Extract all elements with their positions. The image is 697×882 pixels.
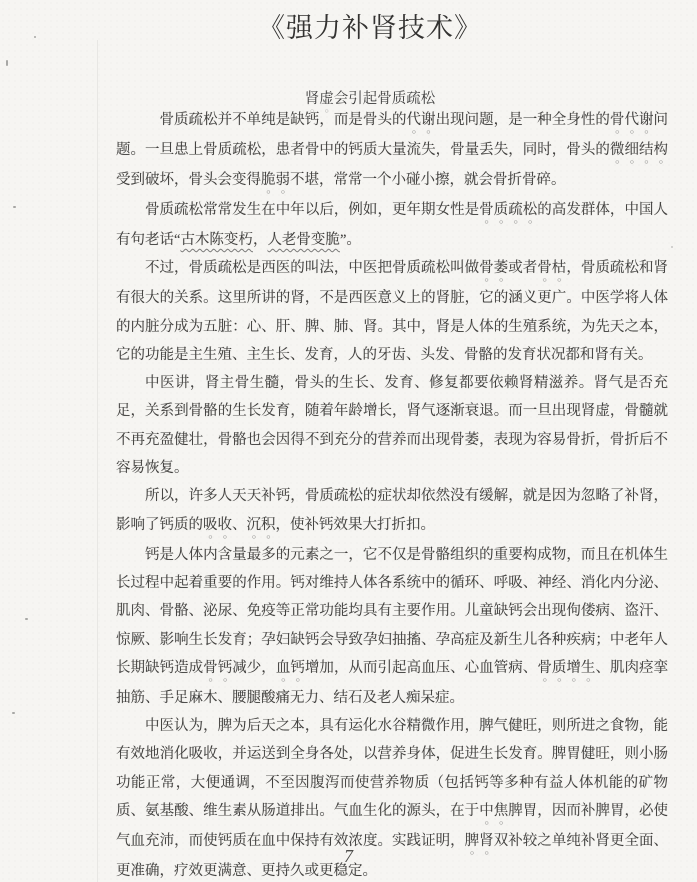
text-run: 、 [232, 517, 247, 533]
annotated-text-circle: 吸收 [203, 517, 232, 533]
paragraph: 骨质疏松常常发生在中年以后，例如，更年期女性是骨质疏松的高发群体，中国人有句老话… [116, 196, 668, 254]
text-run: 不过，骨质疏松是西医的叫法，中医把骨质疏松叫做 [145, 260, 479, 276]
scan-speck [34, 36, 36, 38]
text-run: 中医讲，肾主骨生髓，骨头的生长、发育、修复都要依赖肾精滋养。肾气是否充足，关系到… [116, 375, 668, 476]
scan-speck [671, 246, 673, 248]
annotated-text-circle: 骨枯 [537, 260, 566, 276]
body-text: 骨质疏松并不单纯是缺钙，而是骨头的代谢出现问题，是一种全身性的骨代谢问题。一旦患… [116, 106, 668, 882]
paragraph: 中医讲，肾主骨生髓，骨头的生长、发育、修复都要依赖肾精滋养。肾气是否充足，关系到… [116, 369, 668, 482]
page-number: 7 [0, 846, 697, 867]
text-run: 增加，从而引起高血压、心血管病、 [305, 660, 537, 676]
paragraph: 所以，许多人天天补钙，骨质疏松的症状却依然没有缓解，就是因为忽略了补肾，影响了钙… [116, 482, 668, 540]
annotated-text-circle: 骨代谢 [610, 112, 654, 128]
text-run: 不堪，常常一个小碰小擦，就会骨折骨碎。 [290, 172, 566, 188]
text-run: 出现问题，是一种全身性的 [436, 112, 610, 128]
text-run: ，使补钙效果大打折扣。 [276, 517, 436, 533]
annotated-text-circle: 骨钙 [203, 660, 232, 676]
document-title: 《强力补肾技术》 [60, 6, 680, 45]
annotated-text-circle: 肾虚 [305, 91, 334, 107]
text-run: ”。 [340, 232, 361, 248]
document-header: 《强力补肾技术》 肾虚会引起骨质疏松 [60, 0, 680, 115]
paragraph: 钙是人体内含量最多的元素之一，它不仅是骨骼组织的重要构成物，而且在机体生长过程中… [116, 541, 668, 712]
scan-speck [13, 206, 16, 208]
text-run: 减少， [232, 660, 276, 676]
scanned-document-page: 《强力补肾技术》 肾虚会引起骨质疏松 骨质疏松并不单纯是缺钙，而是骨头的代谢出现… [0, 0, 697, 882]
annotated-text-wavy: 古木陈变朽 [180, 232, 253, 248]
annotated-text-circle: 微细结构 [610, 142, 668, 158]
annotated-text-circle: 中焦 [479, 803, 508, 819]
annotated-text-circle: 代谢 [407, 112, 436, 128]
annotated-text-circle: 骨萎 [479, 260, 508, 276]
annotated-text-circle: 血钙 [276, 660, 305, 676]
annotated-text-circle: 骨质增生 [537, 660, 595, 676]
text-run: ， [253, 232, 268, 248]
text-run: 钙是人体内含量最多的元素之一，它不仅是骨骼组织的重要构成物，而且在机体生长过程中… [116, 547, 668, 676]
text-run: 骨质疏松常常发生在中年以后，例如，更年期女性是 [145, 202, 479, 218]
annotated-text-circle: 脆弱 [261, 172, 290, 188]
text-run: 受到破坏，骨头会变得 [116, 172, 261, 188]
text-run: 骨质疏松并不单纯是缺钙，而是骨头的 [160, 112, 407, 128]
scan-fold-line [97, 40, 98, 882]
annotated-text-circle: 骨质疏松 [479, 202, 537, 218]
text-run: 或者 [508, 260, 537, 276]
paragraph: 不过，骨质疏松是西医的叫法，中医把骨质疏松叫做骨萎或者骨枯，骨质疏松和肾有很大的… [116, 254, 668, 369]
scan-speck [6, 60, 8, 66]
paragraph: 骨质疏松并不单纯是缺钙，而是骨头的代谢出现问题，是一种全身性的骨代谢问题。一旦患… [116, 106, 668, 196]
annotated-text-circle: 沉积 [247, 517, 276, 533]
annotated-text-wavy: 人老骨变脆 [267, 232, 340, 248]
scan-speck [25, 618, 28, 620]
scan-speck [12, 712, 15, 714]
text-run: 会引起骨质疏松 [334, 91, 436, 107]
